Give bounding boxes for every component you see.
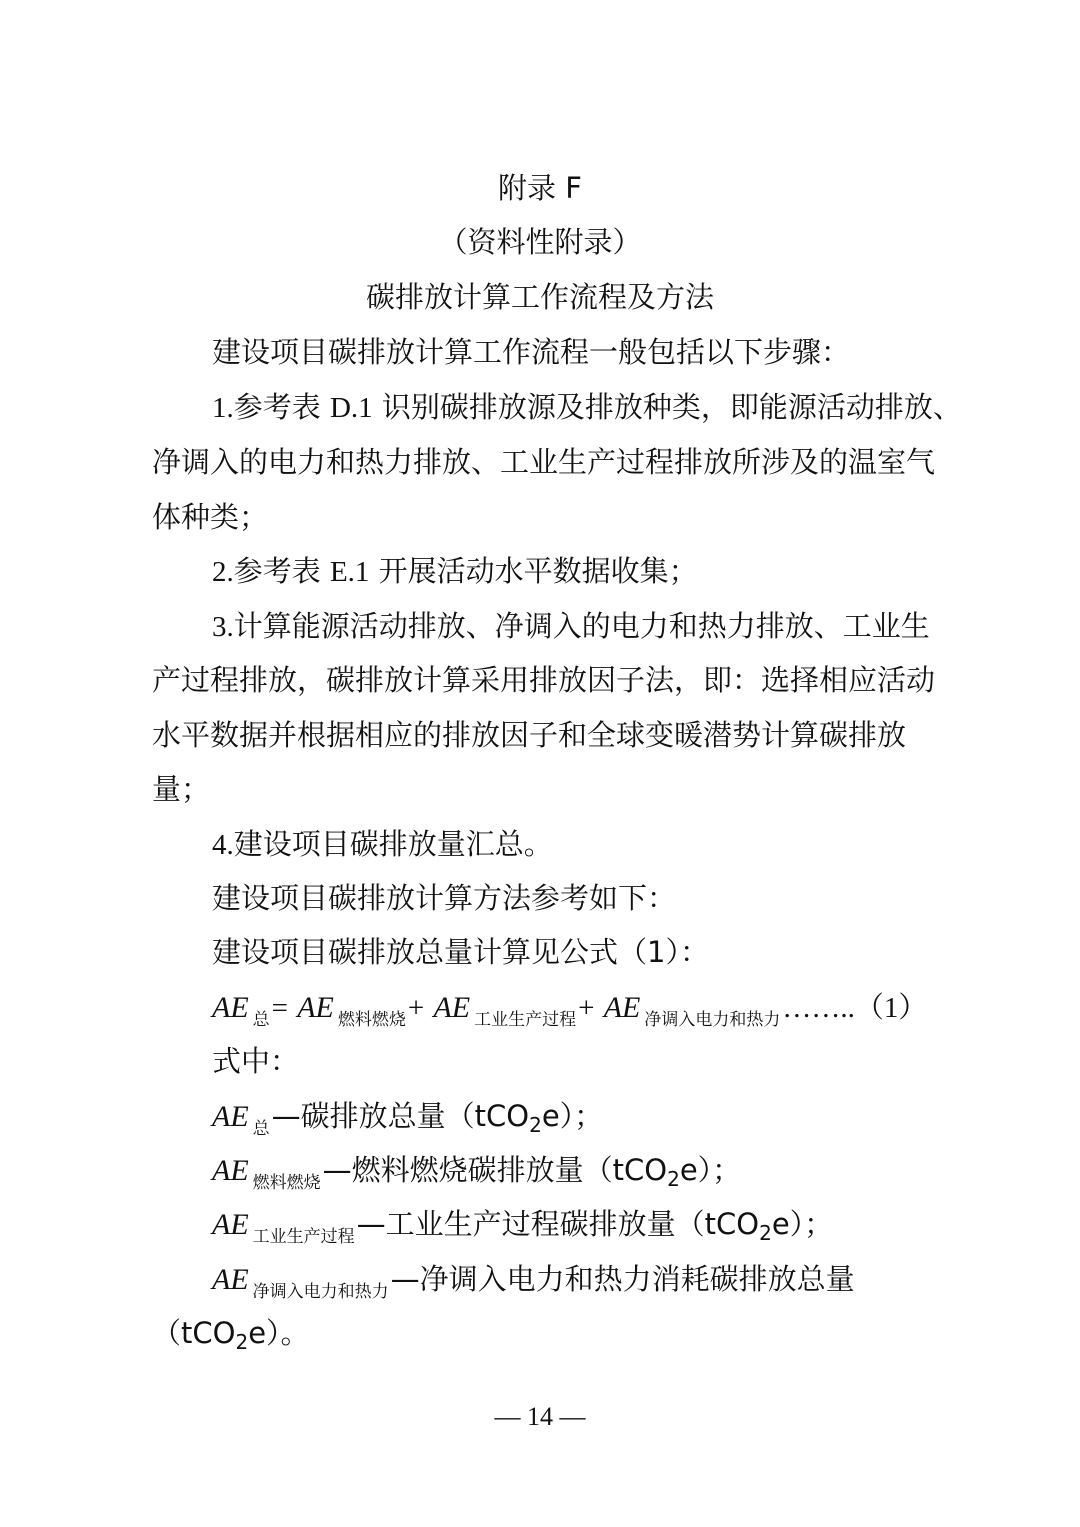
definition-fuel: AE燃料燃烧—燃料燃烧碳排放量（tCO2e）； <box>212 1150 741 1195</box>
step-2-line-1: 2.参考表 E.1 开展活动水平数据收集； <box>212 551 698 592</box>
definition-power-unit: （tCO2e）。 <box>152 1313 310 1356</box>
definition-total: AE总—碳排放总量（tCO2e）； <box>212 1096 603 1141</box>
method-intro: 建设项目碳排放计算方法参考如下： <box>212 878 676 918</box>
step-1-line-2: 净调入的电力和热力排放、工业生产过程排放所涉及的温室气 <box>152 442 935 482</box>
step-4-line-1: 4.建设项目碳排放量汇总。 <box>212 824 553 865</box>
intro-paragraph: 建设项目碳排放计算工作流程一般包括以下步骤： <box>212 332 850 372</box>
step-3-line-2: 产过程排放，碳排放计算采用排放因子法，即：选择相应活动 <box>152 660 935 700</box>
definition-power: AE净调入电力和热力—净调入电力和热力消耗碳排放总量 <box>212 1259 855 1304</box>
step-3-line-4: 量； <box>152 769 210 809</box>
appendix-type: （资料性附录） <box>0 222 1080 262</box>
definition-industry: AE工业生产过程—工业生产过程碳排放量（tCO2e）； <box>212 1204 833 1249</box>
page-number: — 14 — <box>0 1402 1080 1432</box>
formula-1: AE总= AE燃料燃烧+ AE工业生产过程+ AE净调入电力和热力……..（1） <box>212 987 927 1032</box>
formula-number: （1） <box>855 992 928 1024</box>
step-3-line-1: 3.计算能源活动排放、净调入的电力和热力排放、工业生 <box>212 606 930 647</box>
section-title: 碳排放计算工作流程及方法 <box>0 277 1080 317</box>
appendix-label: 附录 F <box>0 168 1080 208</box>
formula-intro: 建设项目碳排放总量计算见公式（1）： <box>212 932 709 972</box>
step-1-line-3: 体种类； <box>152 497 268 537</box>
step-3-line-3: 水平数据并根据相应的排放因子和全球变暖潜势计算碳排放 <box>152 715 906 755</box>
where-label: 式中： <box>212 1041 299 1081</box>
step-1-line-1: 1.参考表 D.1 识别碳排放源及排放种类，即能源活动排放、 <box>212 387 962 428</box>
